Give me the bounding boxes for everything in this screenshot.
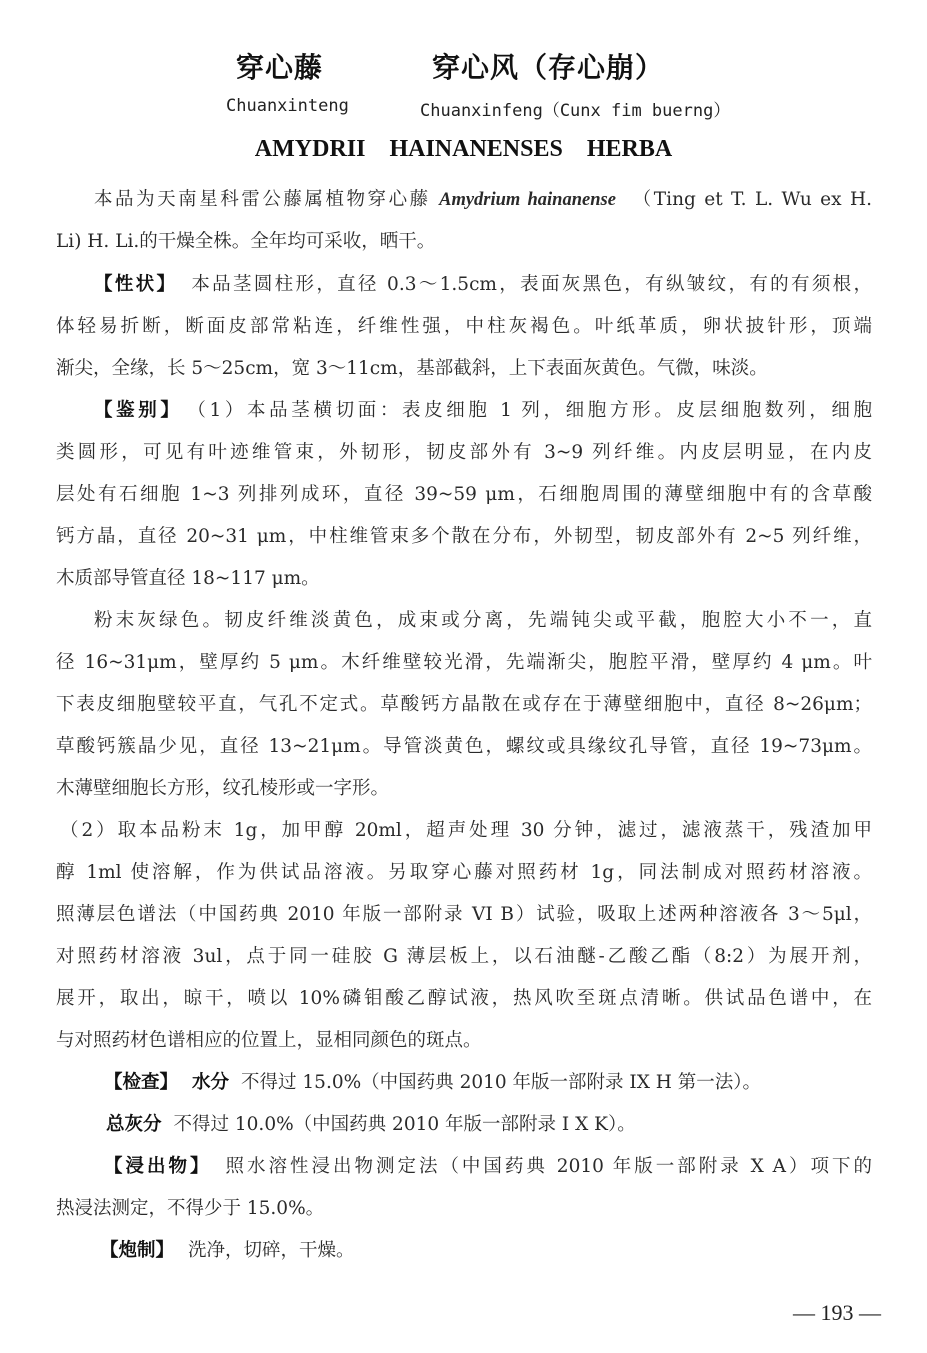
intro-authority: （Ting et T. L. Wu ex H. bbox=[633, 189, 872, 210]
powder-line-1: 粉末灰绿色。韧皮纤维淡黄色，成束或分离，先端钝尖或平截，胞腔大小不一，直 bbox=[94, 606, 872, 636]
inspection-heading: 【检查】 bbox=[104, 1072, 178, 1093]
inspection-line-1: 【检查】水分不得过 15.0%（中国药典 2010 年版一部附录 IX H 第一… bbox=[104, 1068, 882, 1098]
extract-line-2: 热浸法测定，不得少于 15.0%。 bbox=[56, 1194, 872, 1224]
intro-text: 本品为天南星科雷公藤属植物穿心藤 bbox=[94, 189, 439, 210]
inspection-line-2: 总灰分不得过 10.0%（中国药典 2010 年版一部附录 I X K）。 bbox=[106, 1110, 884, 1140]
characters-line-1: 【性状】本品茎圆柱形，直径 0.3～1.5cm，表面灰黑色，有纵皱纹，有的有须根… bbox=[94, 270, 872, 300]
identification-line-3: 层处有石细胞 1~3 列排列成环，直径 39~59 μm，石细胞周围的薄壁细胞中… bbox=[56, 480, 872, 510]
title-row: 穿心藤 穿心风（存心崩） bbox=[0, 46, 927, 90]
pinyin-main: Chuanxinteng bbox=[226, 96, 349, 116]
extract-heading: 【浸出物】 bbox=[104, 1156, 211, 1177]
page-number: — 193 — bbox=[793, 1300, 881, 1326]
characters-line-3: 渐尖，全缘，长 5～25cm，宽 3～11cm，基部截斜，上下表面灰黄色。气微，… bbox=[56, 354, 872, 384]
title-main: 穿心藤 bbox=[236, 46, 323, 86]
ash-text: 不得过 10.0%（中国药典 2010 年版一部附录 I X K）。 bbox=[174, 1114, 636, 1135]
species-name: Amydrium hainanense bbox=[439, 190, 616, 210]
pinyin-row: Chuanxinteng Chuanxinfeng（Cunx fim buern… bbox=[0, 96, 927, 120]
ash-label: 总灰分 bbox=[106, 1114, 162, 1135]
characters-heading: 【性状】 bbox=[94, 274, 177, 295]
latin-name: AMYDRII HAINANENSES HERBA bbox=[0, 136, 927, 163]
identification-heading: 【鉴别】 bbox=[94, 400, 183, 421]
processing-line: 【炮制】洗净，切碎，干燥。 bbox=[100, 1236, 878, 1266]
identification-line-1: 【鉴别】（1）本品茎横切面：表皮细胞 1 列，细胞方形。皮层细胞数列，细胞 bbox=[94, 396, 872, 426]
moisture-text: 不得过 15.0%（中国药典 2010 年版一部附录 IX H 第一法）。 bbox=[241, 1072, 761, 1093]
tlc-line-2: 醇 1ml 使溶解，作为供试品溶液。另取穿心藤对照药材 1g，同法制成对照药材溶… bbox=[56, 858, 872, 888]
intro-line-2: Li) H. Li.的干燥全株。全年均可采收，晒干。 bbox=[56, 227, 872, 257]
identification-line-4: 钙方晶，直径 20~31 μm，中柱维管束多个散在分布，外韧型，韧皮部外有 2~… bbox=[56, 522, 872, 552]
powder-line-3: 下表皮细胞壁较平直，气孔不定式。草酸钙方晶散在或存在于薄壁细胞中，直径 8~26… bbox=[56, 690, 872, 720]
characters-line-2: 体轻易折断，断面皮部常粘连，纤维性强，中柱灰褐色。叶纸革质，卵状披针形，顶端 bbox=[56, 312, 872, 342]
tlc-line-6: 与对照药材色谱相应的位置上，显相同颜色的斑点。 bbox=[56, 1026, 872, 1056]
powder-line-2: 径 16~31μm，壁厚约 5 μm。木纤维壁较光滑，先端渐尖，胞腔平滑，壁厚约… bbox=[56, 648, 872, 678]
powder-line-5: 木薄壁细胞长方形，纹孔棱形或一字形。 bbox=[56, 774, 872, 804]
tlc-line-1: （2）取本品粉末 1g，加甲醇 20ml，超声处理 30 分钟，滤过，滤液蒸干，… bbox=[60, 816, 872, 846]
tlc-line-3: 照薄层色谱法（中国药典 2010 年版一部附录 VI B）试验，吸取上述两种溶液… bbox=[56, 900, 872, 930]
extract-line-1: 【浸出物】照水溶性浸出物测定法（中国药典 2010 年版一部附录 X A）项下的 bbox=[104, 1152, 872, 1182]
identification-line-2: 类圆形，可见有叶迹维管束，外韧形，韧皮部外有 3~9 列纤维。内皮层明显，在内皮 bbox=[56, 438, 872, 468]
title-alt: 穿心风（存心崩） bbox=[432, 46, 664, 86]
pinyin-alt: Chuanxinfeng（Cunx fim buerng） bbox=[420, 96, 730, 121]
processing-heading: 【炮制】 bbox=[100, 1240, 174, 1261]
identification-text: （1）本品茎横切面：表皮细胞 1 列，细胞方形。皮层细胞数列，细胞 bbox=[197, 400, 872, 421]
extract-text: 照水溶性浸出物测定法（中国药典 2010 年版一部附录 X A）项下的 bbox=[225, 1156, 872, 1177]
tlc-line-5: 展开，取出，晾干，喷以 10%磷钼酸乙醇试液，热风吹至斑点清晰。供试品色谱中，在 bbox=[56, 984, 872, 1014]
characters-text: 本品茎圆柱形，直径 0.3～1.5cm，表面灰黑色，有纵皱纹，有的有须根， bbox=[191, 274, 872, 295]
tlc-line-4: 对照药材溶液 3ul，点于同一硅胶 G 薄层板上，以石油醚-乙酸乙酯（8:2）为… bbox=[56, 942, 872, 972]
identification-line-5: 木质部导管直径 18~117 μm。 bbox=[56, 564, 872, 594]
powder-line-4: 草酸钙簇晶少见，直径 13~21μm。导管淡黄色，螺纹或具缘纹孔导管，直径 19… bbox=[56, 732, 872, 762]
processing-text: 洗净，切碎，干燥。 bbox=[188, 1240, 355, 1261]
intro-line-1: 本品为天南星科雷公藤属植物穿心藤 Amydrium hainanense （Ti… bbox=[94, 185, 872, 215]
moisture-label: 水分 bbox=[192, 1072, 229, 1093]
